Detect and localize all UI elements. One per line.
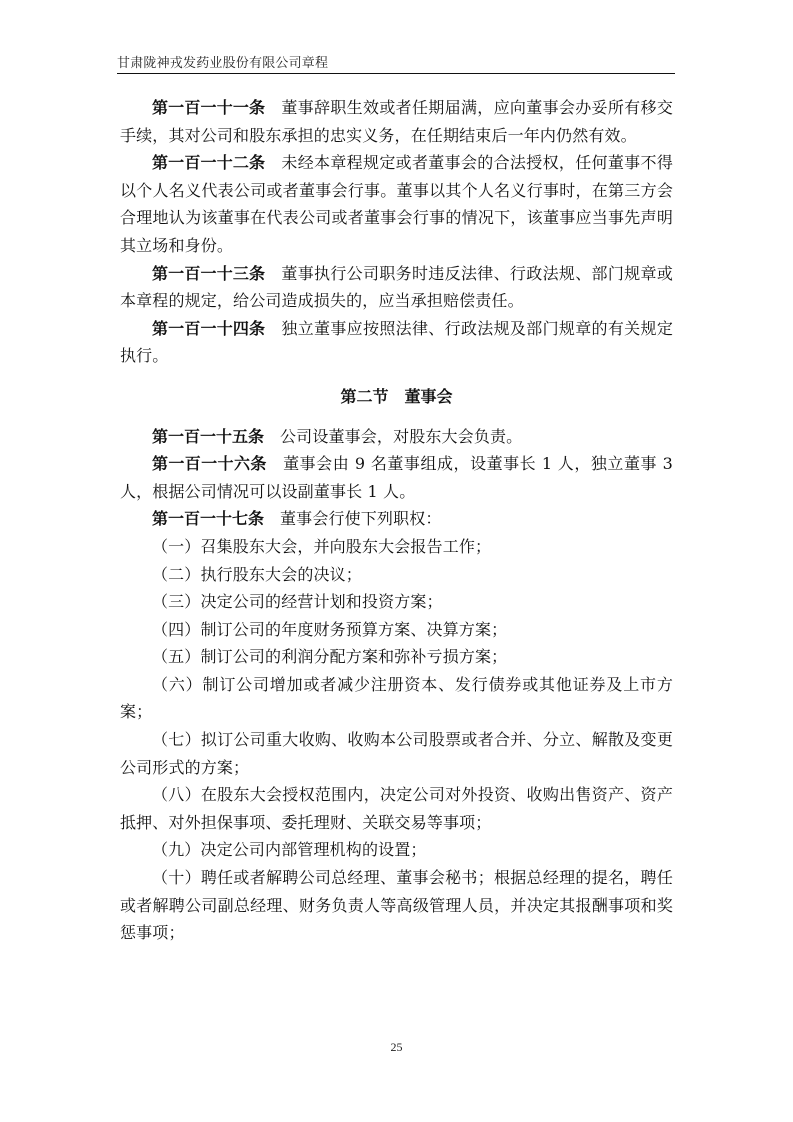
- page-number: 25: [0, 1040, 793, 1055]
- section-number: 第二节: [340, 387, 388, 406]
- article-number: 第一百一十七条: [152, 509, 264, 528]
- article-115: 第一百一十五条公司设董事会，对股东大会负责。: [120, 423, 673, 451]
- power-item-6: （六）制订公司增加或者减少注册资本、发行债券或其他证券及上市方案；: [120, 671, 673, 726]
- article-number: 第一百一十五条: [152, 427, 264, 446]
- article-113: 第一百一十三条董事执行公司职务时违反法律、行政法规、部门规章或本章程的规定，给公…: [120, 260, 673, 315]
- article-number: 第一百一十一条: [152, 98, 265, 117]
- article-number: 第一百一十二条: [152, 153, 265, 172]
- section-heading: 第二节董事会: [120, 383, 673, 411]
- article-number: 第一百一十六条: [152, 454, 267, 473]
- article-111: 第一百一十一条董事辞职生效或者任期届满，应向董事会办妥所有移交手续，其对公司和股…: [120, 94, 673, 149]
- article-number: 第一百一十三条: [152, 264, 265, 283]
- document-body: 第一百一十一条董事辞职生效或者任期届满，应向董事会办妥所有移交手续，其对公司和股…: [120, 94, 673, 947]
- article-text: 董事会行使下列职权：: [280, 509, 442, 528]
- power-item-9: （九）决定公司内部管理机构的设置；: [120, 836, 673, 864]
- article-number: 第一百一十四条: [152, 319, 265, 338]
- power-item-10: （十）聘任或者解聘公司总经理、董事会秘书；根据总经理的提名，聘任或者解聘公司副总…: [120, 864, 673, 947]
- section-title: 董事会: [405, 387, 453, 406]
- article-112: 第一百一十二条未经本章程规定或者董事会的合法授权，任何董事不得以个人名义代表公司…: [120, 149, 673, 259]
- page-header: 甘肃陇神戎发药业股份有限公司章程: [117, 56, 675, 74]
- power-item-4: （四）制订公司的年度财务预算方案、决算方案；: [120, 616, 673, 644]
- power-item-2: （二）执行股东大会的决议；: [120, 561, 673, 589]
- article-117: 第一百一十七条董事会行使下列职权：: [120, 505, 673, 533]
- power-item-3: （三）决定公司的经营计划和投资方案；: [120, 588, 673, 616]
- power-item-1: （一）召集股东大会，并向股东大会报告工作；: [120, 533, 673, 561]
- header-title: 甘肃陇神戎发药业股份有限公司章程: [117, 56, 328, 72]
- header-divider: [117, 73, 675, 74]
- article-114: 第一百一十四条独立董事应按照法律、行政法规及部门规章的有关规定执行。: [120, 315, 673, 370]
- power-item-5: （五）制订公司的利润分配方案和弥补亏损方案；: [120, 643, 673, 671]
- article-116: 第一百一十六条董事会由 9 名董事组成，设董事长 1 人，独立董事 3 人，根据…: [120, 450, 673, 505]
- document-page: 甘肃陇神戎发药业股份有限公司章程 第一百一十一条董事辞职生效或者任期届满，应向董…: [0, 0, 793, 1122]
- power-item-8: （八）在股东大会授权范围内，决定公司对外投资、收购出售资产、资产抵押、对外担保事…: [120, 781, 673, 836]
- article-text: 公司设董事会，对股东大会负责。: [280, 427, 522, 446]
- power-item-7: （七）拟订公司重大收购、收购本公司股票或者合并、分立、解散及变更公司形式的方案；: [120, 726, 673, 781]
